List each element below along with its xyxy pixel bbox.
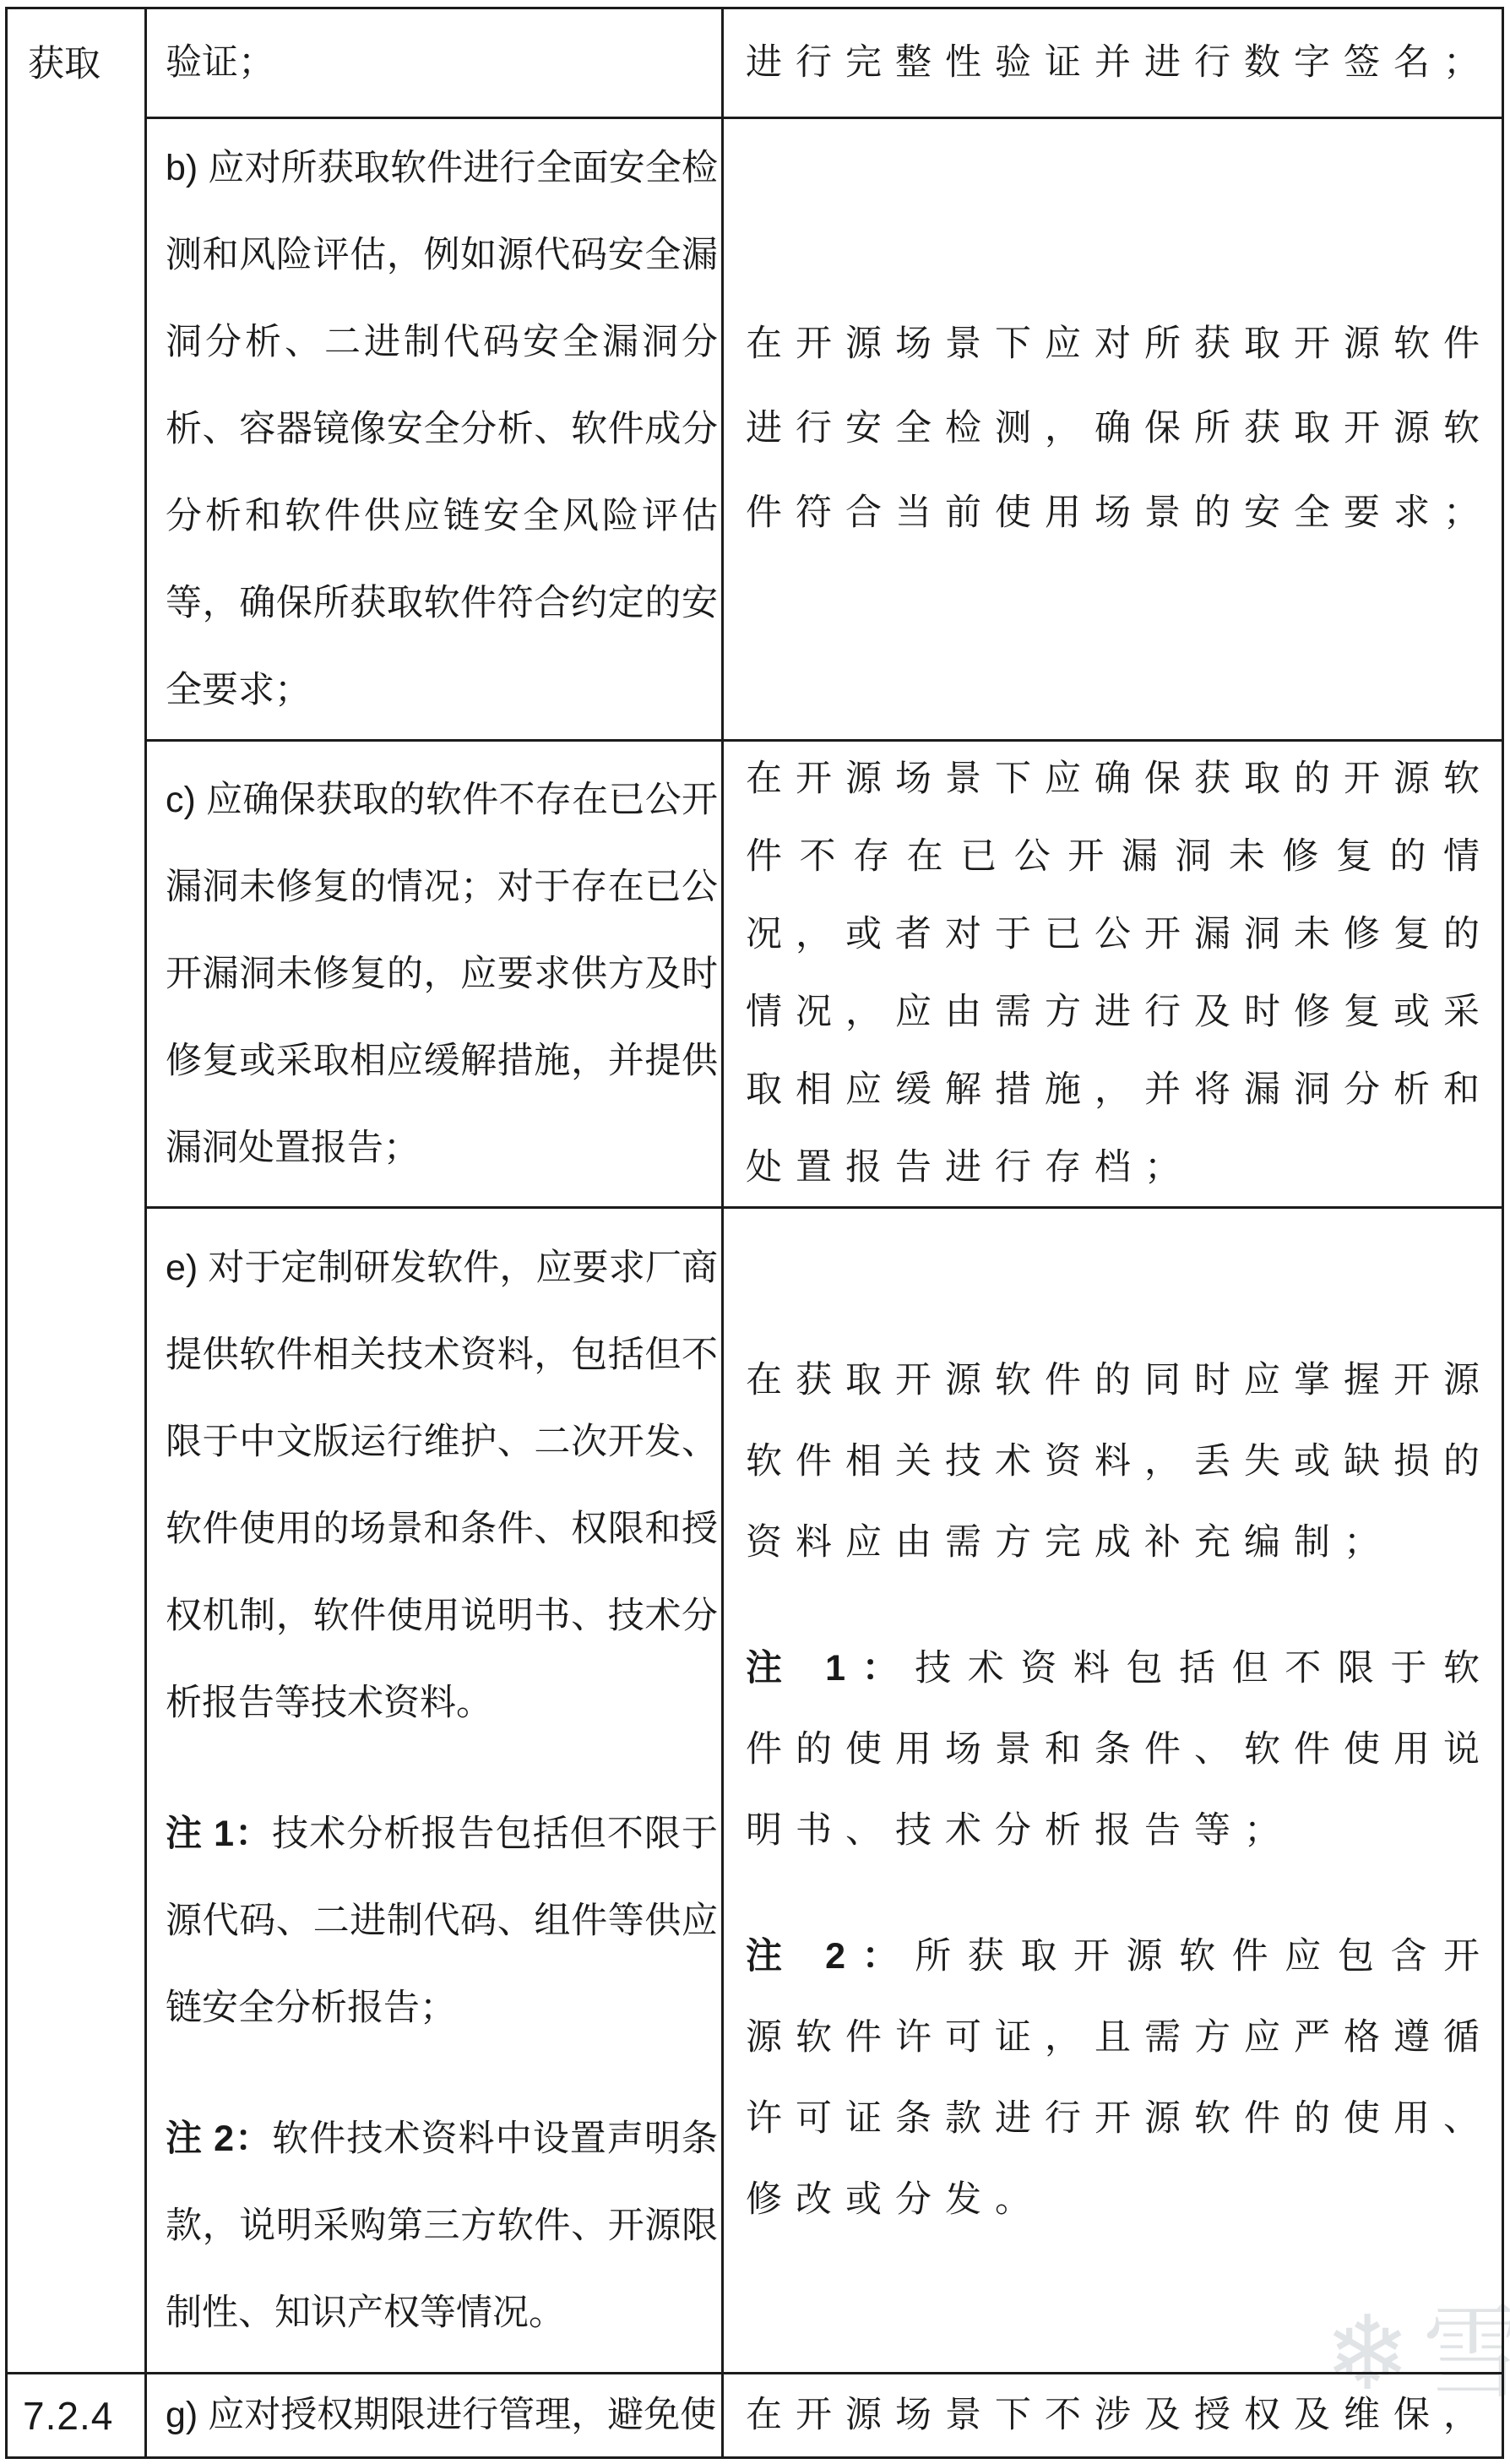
border-line-top [5,7,1504,9]
note-prefix: 注 2： [166,2119,272,2159]
paragraph-item-e: e)对于定制研发软件，应要求厂商提供软件相关技术资料，包括但不限于中文版运行维护… [166,1225,718,1747]
item-label-e: e) [166,1248,198,1288]
paragraph-item-c: c)应确保获取的软件不存在已公开漏洞未修复的情况；对于存在已公开漏洞未修复的，应… [166,757,718,1192]
item-label-c: c) [166,780,196,820]
section-label: 获取 [28,23,144,107]
paragraph: 在开源场景下应对所获取开源软件进行安全检测，确保所获取开源软件符合当前使用场景的… [746,302,1493,556]
cell-section-number: 7.2.4 [8,2374,144,2456]
item-text: 应对授权期限进行管理，避免使 [208,2396,716,2435]
border-line-col2 [721,7,724,2459]
cell-right-r5: 在开源场景下不涉及授权及维保， [724,2374,1502,2456]
item-text: 应确保获取的软件不存在已公开漏洞未修复的情况；对于存在已公开漏洞未修复的，应要求… [166,781,718,1168]
border-line-row1 [144,117,1504,119]
paragraph-note-1: 注 1：技术分析报告包括但不限于源代码、二进制代码、组件等供应链安全分析报告； [166,1791,718,2052]
border-line-right [1502,7,1504,2459]
section-number: 7.2.4 [23,2374,144,2458]
paragraph-note-2: 注 2：所获取开源软件应包含开源软件许可证，且需方应严格遵循许可证条款进行开源软… [746,1916,1493,2241]
item-label-g: g) [166,2395,198,2435]
border-line-row2 [144,739,1504,742]
document-page: ❄雪 获取 验证； 进行完整性验证并进行数字签名； b)应对所获取软件进行全面安… [0,0,1510,2464]
item-text: 对于定制研发软件，应要求厂商提供软件相关技术资料，包括但不限于中文版运行维护、二… [166,1248,718,1723]
cell-mid-r2: b)应对所获取软件进行全面安全检测和风险评估，例如源代码安全漏洞分析、二进制代码… [147,119,721,739]
paragraph: 在开源场景下不涉及授权及维保， [746,2374,1493,2458]
border-line-left [5,7,8,2459]
paragraph-note-1: 注 1：技术资料包括但不限于软件的使用场景和条件、软件使用说明书、技术分析报告等… [746,1628,1493,1872]
paragraph-item-g: g)应对授权期限进行管理，避免使 [166,2373,718,2458]
cell-section-label: 获取 [8,9,144,2372]
cell-mid-r5: g)应对授权期限进行管理，避免使 [147,2374,721,2456]
cell-right-r4: 在获取开源软件的同时应掌握开源软件相关技术资料，丢失或缺损的资料应由需方完成补充… [724,1209,1502,2372]
paragraph: 在开源场景下应确保获取的开源软件不存在已公开漏洞未修复的情况，或者对于已公开漏洞… [746,741,1493,1207]
paragraph: 验证； [166,21,718,106]
note-prefix: 注 1： [746,1648,915,1689]
cell-mid-r3: c)应确保获取的软件不存在已公开漏洞未修复的情况；对于存在已公开漏洞未修复的，应… [147,742,721,1206]
paragraph: 在获取开源软件的同时应掌握开源软件相关技术资料，丢失或缺损的资料应由需方完成补充… [746,1341,1493,1584]
note-prefix: 注 1： [166,1814,272,1854]
border-line-bottom [5,2456,1504,2459]
item-text: 应对所获取软件进行全面安全检测和风险评估，例如源代码安全漏洞分析、二进制代码安全… [166,149,718,710]
item-label-b: b) [166,148,198,188]
border-line-col1 [144,7,147,2459]
cell-right-r1: 进行完整性验证并进行数字签名； [724,9,1502,117]
paragraph-note-2: 注 2：软件技术资料中设置声明条款，说明采购第三方软件、开源限制性、知识产权等情… [166,2096,718,2357]
cell-mid-r1: 验证； [147,9,721,117]
note-text: 所获取开源软件应包含开源软件许可证，且需方应严格遵循许可证条款进行开源软件的使用… [746,1937,1493,2220]
border-line-row4 [5,2372,1504,2374]
cell-right-r2: 在开源场景下应对所获取开源软件进行安全检测，确保所获取开源软件符合当前使用场景的… [724,119,1502,739]
paragraph-item-b: b)应对所获取软件进行全面安全检测和风险评估，例如源代码安全漏洞分析、二进制代码… [166,125,718,734]
note-prefix: 注 2： [746,1936,915,1977]
paragraph: 进行完整性验证并进行数字签名； [746,21,1493,106]
cell-right-r3: 在开源场景下应确保获取的开源软件不存在已公开漏洞未修复的情况，或者对于已公开漏洞… [724,742,1502,1206]
cell-mid-r4: e)对于定制研发软件，应要求厂商提供软件相关技术资料，包括但不限于中文版运行维护… [147,1209,721,2372]
border-line-row3 [144,1206,1504,1209]
